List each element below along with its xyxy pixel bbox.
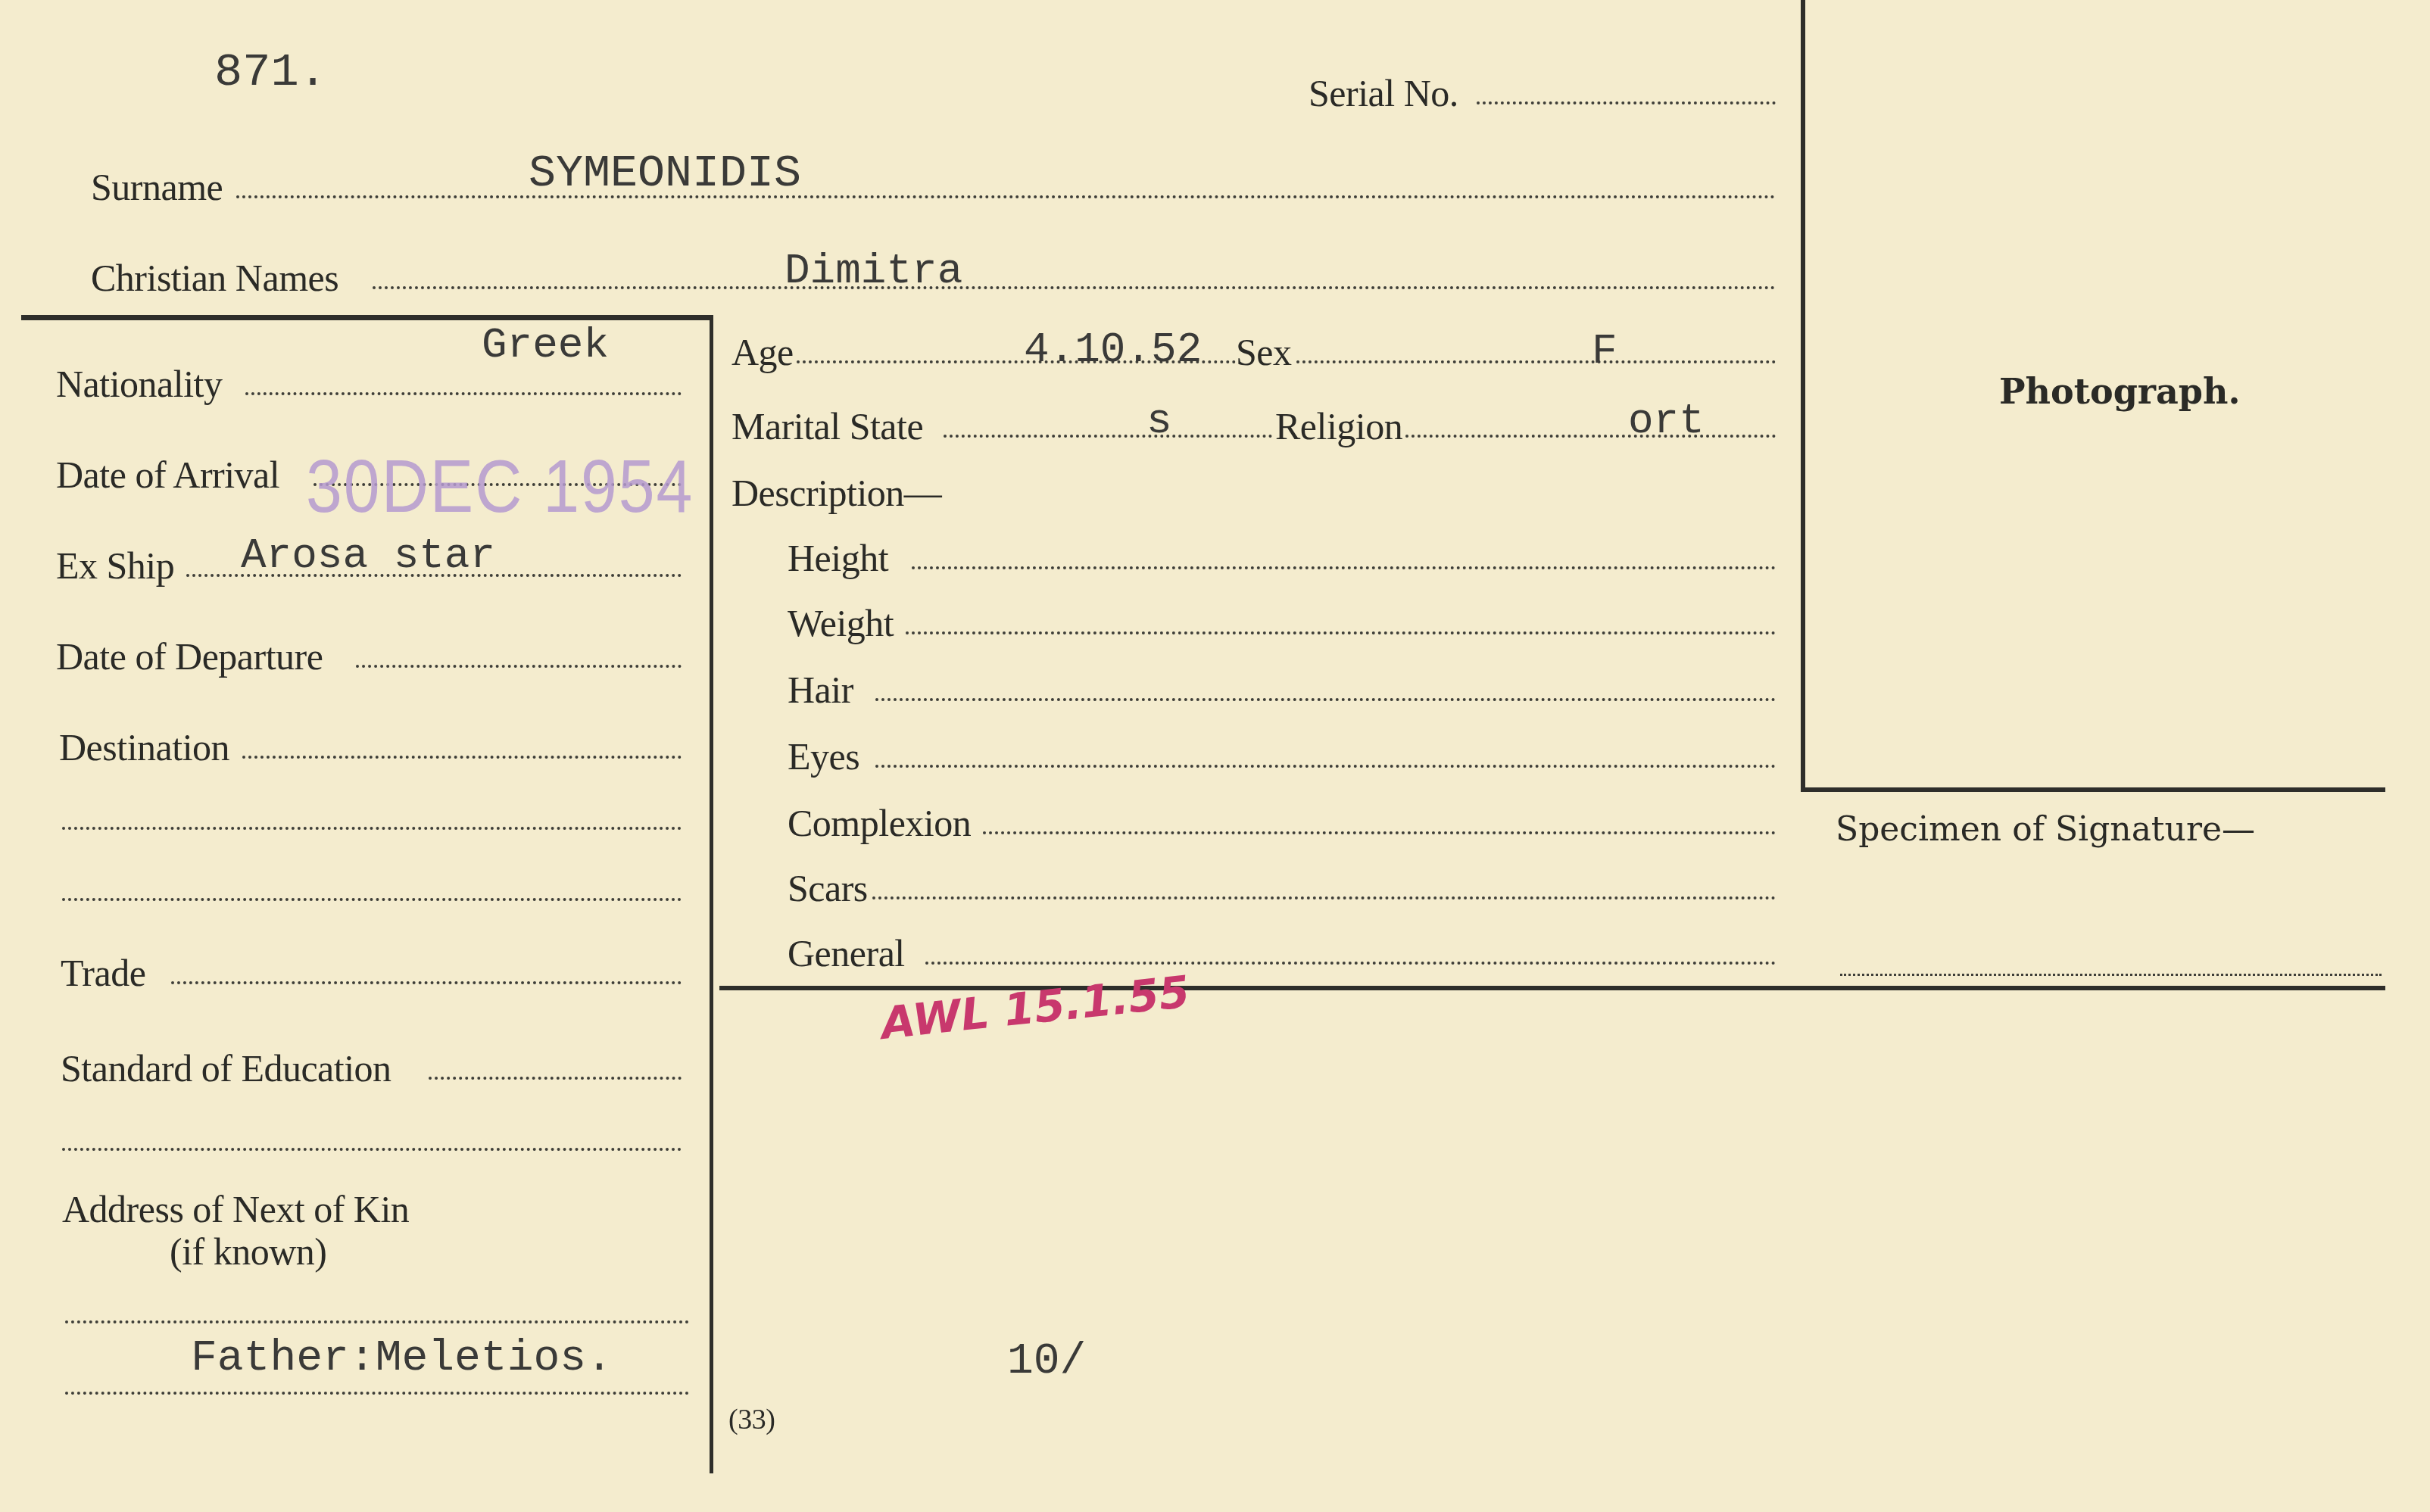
photo-box-bottom-rule — [1802, 787, 2385, 792]
height-field[interactable] — [912, 566, 1776, 569]
marital-state-value: s — [1146, 397, 1172, 445]
surname-value: SYMEONIDIS — [529, 148, 801, 200]
height-label: Height — [788, 539, 888, 577]
next-of-kin-field-2[interactable] — [65, 1392, 689, 1395]
sex-label: Sex — [1236, 333, 1292, 371]
complexion-field[interactable] — [983, 831, 1776, 834]
nationality-label: Nationality — [56, 365, 222, 403]
surname-label: Surname — [91, 168, 223, 206]
destination-field-2[interactable] — [62, 827, 682, 830]
handwritten-initials-date: AWL 15.1.55 — [878, 965, 1192, 1049]
christian-names-field[interactable] — [373, 286, 1776, 289]
serial-no-field[interactable] — [1477, 101, 1776, 104]
complexion-label: Complexion — [788, 804, 971, 842]
scars-label: Scars — [788, 869, 868, 907]
weight-label: Weight — [788, 604, 894, 642]
scars-field[interactable] — [872, 896, 1776, 899]
photograph-box[interactable] — [1807, 5, 2382, 786]
destination-field-3[interactable] — [62, 898, 682, 901]
destination-label: Destination — [59, 728, 229, 766]
standard-of-education-field[interactable] — [429, 1077, 682, 1080]
photo-box-left-rule — [1801, 0, 1805, 792]
sex-field[interactable] — [1296, 360, 1776, 363]
next-of-kin-sublabel: (if known) — [170, 1233, 326, 1270]
fee-note: 10/ — [1007, 1337, 1086, 1386]
nationality-field[interactable] — [245, 392, 682, 395]
destination-field[interactable] — [242, 756, 682, 759]
religion-value: ort — [1628, 397, 1705, 445]
card-number: 871. — [214, 45, 327, 99]
left-column-divider — [710, 315, 713, 1473]
left-top-rule — [21, 315, 712, 320]
age-value: 4.10.52 — [1024, 326, 1202, 374]
hair-field[interactable] — [875, 698, 1776, 701]
signature-field[interactable] — [1840, 974, 2382, 976]
arrival-date-stamp: 30DEC 1954 — [306, 444, 694, 530]
surname-field[interactable] — [236, 195, 1776, 198]
general-label: General — [788, 934, 905, 972]
next-of-kin-field[interactable] — [65, 1320, 689, 1323]
ex-ship-value: Arosa star — [241, 532, 495, 580]
weight-field[interactable] — [906, 631, 1776, 634]
description-label: Description— — [731, 474, 941, 512]
registration-card: 871. Serial No. Surname SYMEONIDIS Chris… — [0, 0, 2430, 1512]
date-of-arrival-label: Date of Arrival — [56, 456, 279, 494]
marital-state-label: Marital State — [731, 407, 923, 445]
general-field[interactable] — [925, 962, 1776, 965]
next-of-kin-label: Address of Next of Kin — [62, 1190, 409, 1228]
form-code: (33) — [728, 1405, 775, 1434]
date-of-departure-field[interactable] — [356, 665, 682, 668]
serial-no-label: Serial No. — [1309, 74, 1458, 112]
hair-label: Hair — [788, 671, 853, 709]
sex-value: F — [1592, 327, 1617, 376]
date-of-departure-label: Date of Departure — [56, 638, 323, 675]
trade-label: Trade — [61, 954, 145, 992]
signature-label: Specimen of Signature— — [1836, 810, 2255, 849]
ex-ship-label: Ex Ship — [56, 547, 174, 585]
eyes-field[interactable] — [875, 765, 1776, 768]
standard-of-education-field-2[interactable] — [62, 1148, 682, 1151]
next-of-kin-value: Father:Meletios. — [191, 1334, 613, 1383]
nationality-value: Greek — [482, 321, 609, 369]
religion-label: Religion — [1275, 407, 1402, 445]
christian-names-label: Christian Names — [91, 259, 338, 297]
age-label: Age — [731, 333, 794, 371]
christian-names-value: Dimitra — [785, 247, 962, 295]
eyes-label: Eyes — [788, 737, 859, 775]
marital-state-field[interactable] — [944, 435, 1272, 438]
trade-field[interactable] — [171, 981, 682, 984]
religion-field[interactable] — [1405, 435, 1776, 438]
standard-of-education-label: Standard of Education — [61, 1049, 391, 1087]
